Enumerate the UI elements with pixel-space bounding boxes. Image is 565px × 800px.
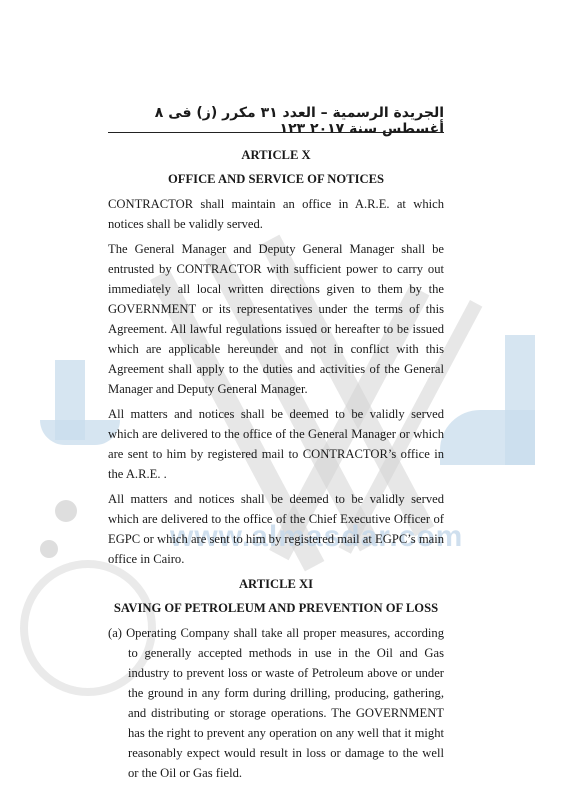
watermark-dot [55,500,77,522]
article-x-paragraph-2: The General Manager and Deputy General M… [108,239,444,399]
document-body: ARTICLE X OFFICE AND SERVICE OF NOTICES … [108,145,444,783]
watermark-letter-block [505,335,535,465]
article-xi-number: ARTICLE XI [108,574,444,594]
article-x-title: OFFICE AND SERVICE OF NOTICES [108,169,444,189]
article-xi-title: SAVING OF PETROLEUM AND PREVENTION OF LO… [108,598,444,618]
article-x-paragraph-4: All matters and notices shall be deemed … [108,489,444,569]
article-x-paragraph-3: All matters and notices shall be deemed … [108,404,444,484]
article-xi-item-a: (a) Operating Company shall take all pro… [108,623,444,783]
watermark-letter-block [440,410,535,465]
article-x-number: ARTICLE X [108,145,444,165]
article-x-paragraph-1: CONTRACTOR shall maintain an office in A… [108,194,444,234]
watermark-dot [40,540,58,558]
watermark-letter-block [55,360,85,440]
header-divider [108,132,444,133]
